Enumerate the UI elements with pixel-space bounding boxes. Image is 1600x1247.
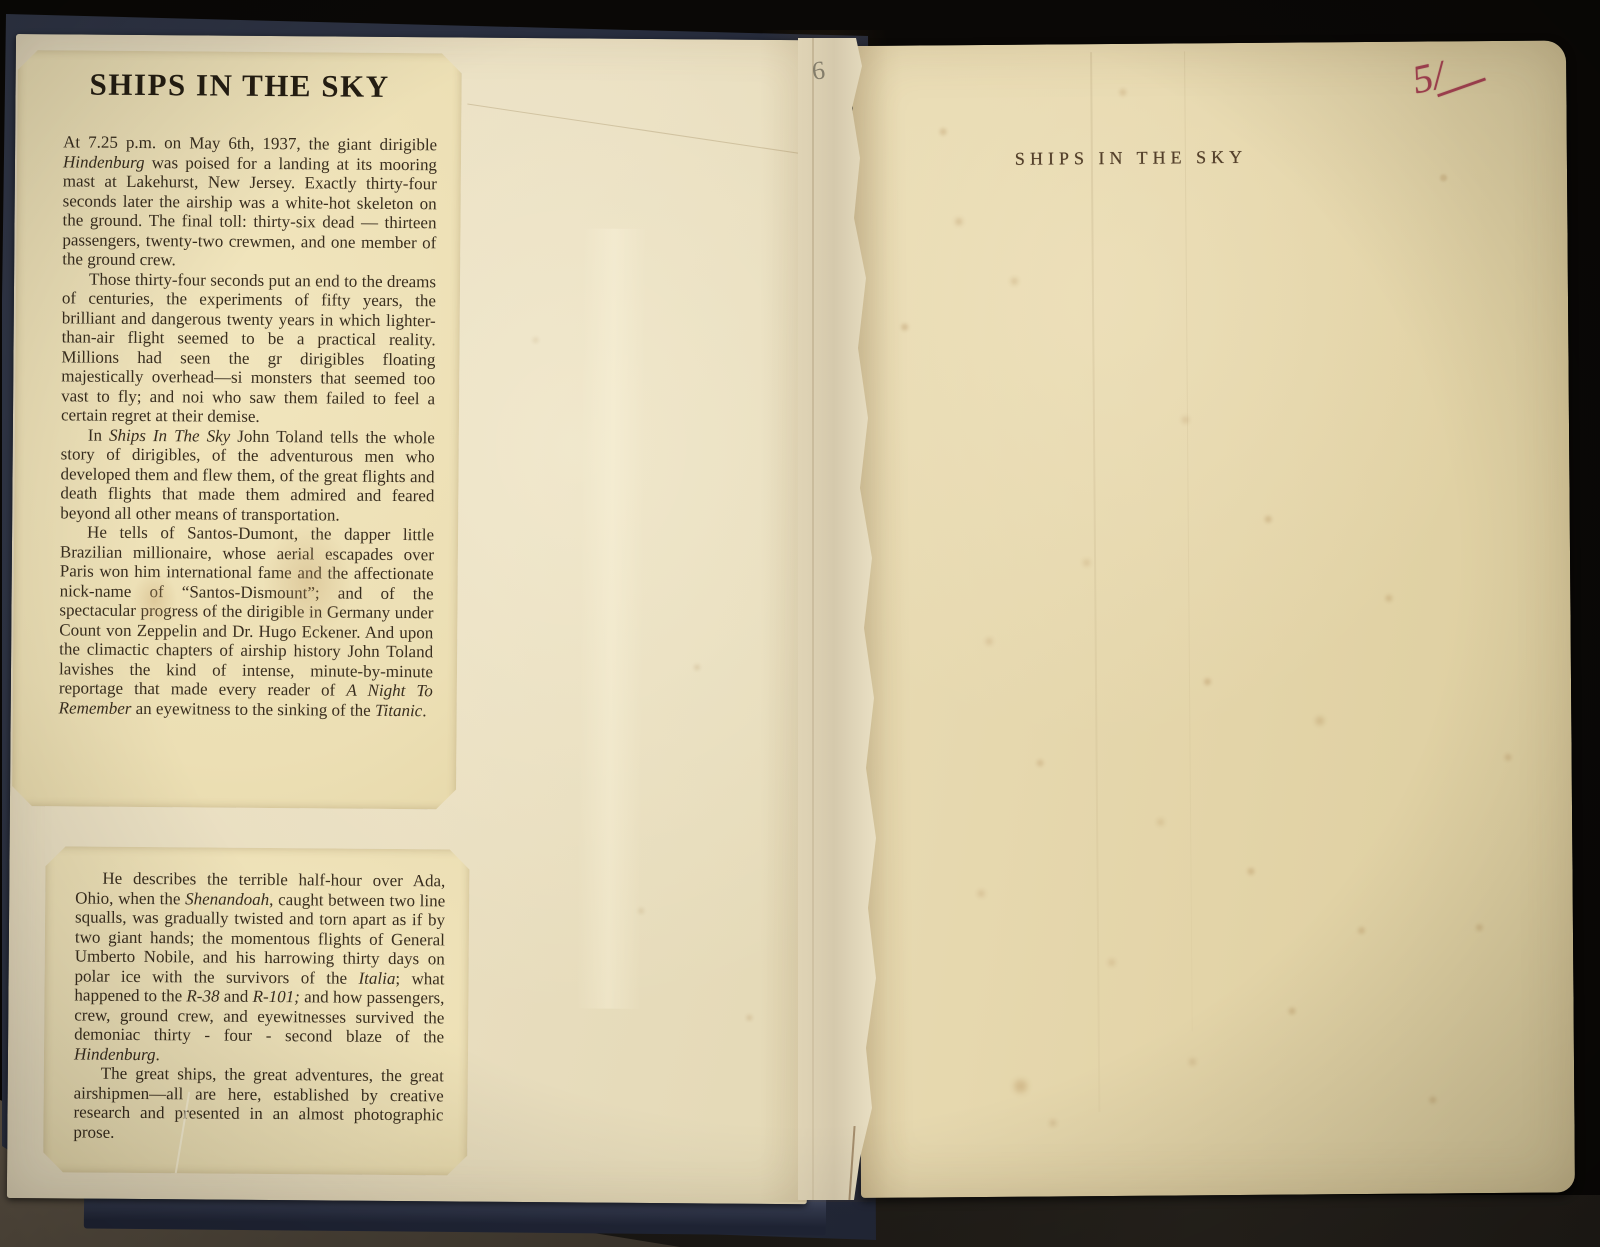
flap-paragraph: The great ships, the great adventures, t… [73,1063,444,1144]
jacket-flap-clipping-top: SHIPS IN THE SKY At 7.25 p.m. on May 6th… [12,50,462,809]
flap-title: SHIPS IN THE SKY [17,64,461,107]
jacket-flap-clipping-bottom: He describes the terrible half-hour over… [43,846,470,1175]
flap-paragraph: Those thirty-four seconds put an end to … [61,269,436,428]
paper-stain [131,571,177,629]
flap-paragraph: At 7.25 p.m. on May 6th, 1937, the giant… [62,132,437,271]
flap-paragraph: He tells of Santos-Dumont, the dapper li… [59,522,435,720]
title-page: SHIPS IN THE SKY 5/— [852,40,1575,1198]
endpaper-crease [467,104,815,157]
open-book-photo: SHIPS IN THE SKY At 7.25 p.m. on May 6th… [0,0,1600,1247]
paper-stain [261,520,354,643]
flap-body-top: At 7.25 p.m. on May 6th, 1937, the giant… [13,132,462,720]
paper-light-band [576,228,646,1008]
foxing-spots-left [16,34,20,38]
flap-paragraph: In Ships In The Sky John Toland tells th… [60,425,435,525]
pastedown-endpaper: SHIPS IN THE SKY At 7.25 p.m. on May 6th… [7,34,816,1204]
flap-paragraph: He describes the terrible half-hour over… [74,868,446,1066]
page-crease [1184,51,1193,1031]
page-crease [1090,52,1100,1112]
gutter-crease [812,38,814,1200]
price-mark-red-pencil: 5/— [1409,46,1487,100]
title-page-heading: SHIPS IN THE SKY [1015,147,1247,170]
flap-body-bottom: He describes the terrible half-hour over… [43,868,469,1144]
